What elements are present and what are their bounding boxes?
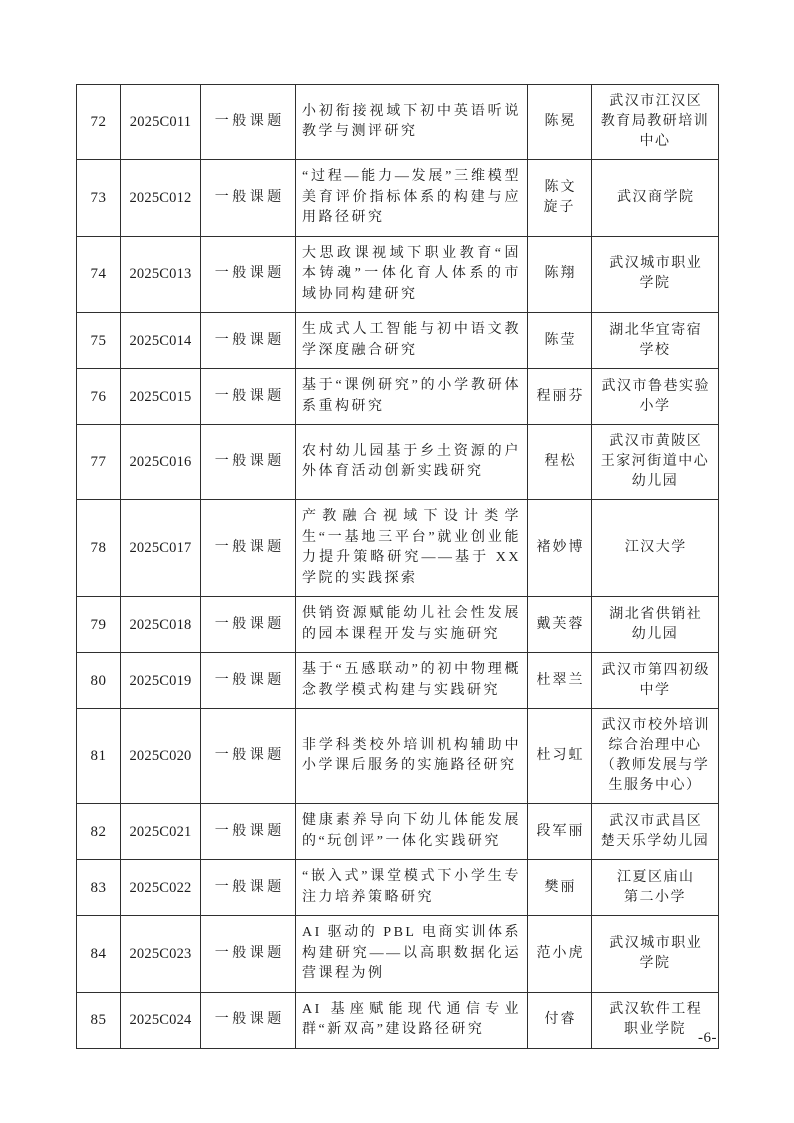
institution-cell: 武汉城市职业 学院 <box>592 236 719 313</box>
institution-cell: 武汉市江汉区 教育局教研培训 中心 <box>592 85 719 160</box>
institution-cell: 武汉市校外培训 综合治理中心 （教师发展与学 生服务中心） <box>592 709 719 804</box>
serial-number-cell: 81 <box>77 709 121 804</box>
table-row: 79 2025C018 一般课题 供销资源赋能幼儿社会性发展的园本课程开发与实施… <box>77 597 719 653</box>
table-row: 76 2025C015 一般课题 基于“课例研究”的小学教研体系重构研究 程丽芬… <box>77 369 719 425</box>
institution-cell: 武汉市黄陂区 王家河街道中心 幼儿园 <box>592 425 719 500</box>
project-title-cell: 基于“课例研究”的小学教研体系重构研究 <box>296 369 528 425</box>
project-code-cell: 2025C019 <box>121 653 201 709</box>
page-number: -6- <box>698 1030 717 1047</box>
project-leader-cell: 程松 <box>528 425 592 500</box>
project-leader-cell: 付睿 <box>528 992 592 1048</box>
project-category-cell: 一般课题 <box>201 597 296 653</box>
project-code-cell: 2025C017 <box>121 500 201 597</box>
project-code-cell: 2025C020 <box>121 709 201 804</box>
serial-number-cell: 85 <box>77 992 121 1048</box>
project-category-cell: 一般课题 <box>201 992 296 1048</box>
project-title-cell: 生成式人工智能与初中语文教学深度融合研究 <box>296 313 528 369</box>
serial-number-cell: 79 <box>77 597 121 653</box>
project-title-cell: 供销资源赋能幼儿社会性发展的园本课程开发与实施研究 <box>296 597 528 653</box>
serial-number-cell: 73 <box>77 160 121 237</box>
table-row: 77 2025C016 一般课题 农村幼儿园基于乡土资源的户外体育活动创新实践研… <box>77 425 719 500</box>
project-leader-cell: 程丽芬 <box>528 369 592 425</box>
project-leader-cell: 陈冕 <box>528 85 592 160</box>
serial-number-cell: 74 <box>77 236 121 313</box>
projects-table-body: 72 2025C011 一般课题 小初衔接视域下初中英语听说教学与测评研究 陈冕… <box>77 85 719 1049</box>
project-code-cell: 2025C022 <box>121 860 201 916</box>
project-category-cell: 一般课题 <box>201 369 296 425</box>
table-row: 85 2025C024 一般课题 AI 基座赋能现代通信专业群“新双高”建设路径… <box>77 992 719 1048</box>
project-category-cell: 一般课题 <box>201 425 296 500</box>
table-row: 81 2025C020 一般课题 非学科类校外培训机构辅助中小学课后服务的实施路… <box>77 709 719 804</box>
project-code-cell: 2025C013 <box>121 236 201 313</box>
project-leader-cell: 陈翔 <box>528 236 592 313</box>
institution-cell: 江夏区庙山 第二小学 <box>592 860 719 916</box>
project-code-cell: 2025C016 <box>121 425 201 500</box>
serial-number-cell: 75 <box>77 313 121 369</box>
project-title-cell: 大思政课视域下职业教育“固本铸魂”一体化育人体系的市域协同构建研究 <box>296 236 528 313</box>
project-leader-cell: 褚妙博 <box>528 500 592 597</box>
serial-number-cell: 80 <box>77 653 121 709</box>
project-title-cell: 基于“五感联动”的初中物理概念教学模式构建与实践研究 <box>296 653 528 709</box>
project-title-cell: AI 基座赋能现代通信专业群“新双高”建设路径研究 <box>296 992 528 1048</box>
institution-cell: 武汉市第四初级 中学 <box>592 653 719 709</box>
serial-number-cell: 72 <box>77 85 121 160</box>
institution-cell: 武汉市鲁巷实验 小学 <box>592 369 719 425</box>
project-code-cell: 2025C014 <box>121 313 201 369</box>
institution-cell: 江汉大学 <box>592 500 719 597</box>
serial-number-cell: 76 <box>77 369 121 425</box>
table-row: 82 2025C021 一般课题 健康素养导向下幼儿体能发展的“玩创评”一体化实… <box>77 804 719 860</box>
project-category-cell: 一般课题 <box>201 313 296 369</box>
institution-cell: 湖北华宜寄宿 学校 <box>592 313 719 369</box>
project-category-cell: 一般课题 <box>201 709 296 804</box>
table-row: 80 2025C019 一般课题 基于“五感联动”的初中物理概念教学模式构建与实… <box>77 653 719 709</box>
project-title-cell: 产教融合视域下设计类学生“一基地三平台”就业创业能力提升策略研究——基于 XX … <box>296 500 528 597</box>
institution-cell: 湖北省供销社 幼儿园 <box>592 597 719 653</box>
table-row: 83 2025C022 一般课题 “嵌入式”课堂模式下小学生专注力培养策略研究 … <box>77 860 719 916</box>
project-leader-cell: 杜习虹 <box>528 709 592 804</box>
institution-cell: 武汉商学院 <box>592 160 719 237</box>
projects-table: 72 2025C011 一般课题 小初衔接视域下初中英语听说教学与测评研究 陈冕… <box>76 84 719 1049</box>
project-title-cell: 农村幼儿园基于乡土资源的户外体育活动创新实践研究 <box>296 425 528 500</box>
project-category-cell: 一般课题 <box>201 500 296 597</box>
project-title-cell: 非学科类校外培训机构辅助中小学课后服务的实施路径研究 <box>296 709 528 804</box>
table-row: 84 2025C023 一般课题 AI 驱动的 PBL 电商实训体系构建研究——… <box>77 916 719 993</box>
project-title-cell: “嵌入式”课堂模式下小学生专注力培养策略研究 <box>296 860 528 916</box>
project-leader-cell: 戴芙蓉 <box>528 597 592 653</box>
project-leader-cell: 樊丽 <box>528 860 592 916</box>
project-code-cell: 2025C023 <box>121 916 201 993</box>
project-leader-cell: 陈莹 <box>528 313 592 369</box>
project-category-cell: 一般课题 <box>201 804 296 860</box>
serial-number-cell: 82 <box>77 804 121 860</box>
project-leader-cell: 段军丽 <box>528 804 592 860</box>
project-category-cell: 一般课题 <box>201 236 296 313</box>
project-category-cell: 一般课题 <box>201 653 296 709</box>
project-leader-cell: 陈文 旋子 <box>528 160 592 237</box>
table-row: 74 2025C013 一般课题 大思政课视域下职业教育“固本铸魂”一体化育人体… <box>77 236 719 313</box>
project-title-cell: 健康素养导向下幼儿体能发展的“玩创评”一体化实践研究 <box>296 804 528 860</box>
project-title-cell: “过程—能力—发展”三维模型美育评价指标体系的构建与应用路径研究 <box>296 160 528 237</box>
project-code-cell: 2025C018 <box>121 597 201 653</box>
project-title-cell: 小初衔接视域下初中英语听说教学与测评研究 <box>296 85 528 160</box>
project-leader-cell: 杜翠兰 <box>528 653 592 709</box>
project-code-cell: 2025C015 <box>121 369 201 425</box>
project-category-cell: 一般课题 <box>201 85 296 160</box>
project-code-cell: 2025C012 <box>121 160 201 237</box>
serial-number-cell: 77 <box>77 425 121 500</box>
table-row: 72 2025C011 一般课题 小初衔接视域下初中英语听说教学与测评研究 陈冕… <box>77 85 719 160</box>
table-row: 73 2025C012 一般课题 “过程—能力—发展”三维模型美育评价指标体系的… <box>77 160 719 237</box>
project-title-cell: AI 驱动的 PBL 电商实训体系构建研究——以高职数据化运营课程为例 <box>296 916 528 993</box>
project-code-cell: 2025C024 <box>121 992 201 1048</box>
project-category-cell: 一般课题 <box>201 160 296 237</box>
serial-number-cell: 84 <box>77 916 121 993</box>
serial-number-cell: 78 <box>77 500 121 597</box>
project-code-cell: 2025C011 <box>121 85 201 160</box>
serial-number-cell: 83 <box>77 860 121 916</box>
project-leader-cell: 范小虎 <box>528 916 592 993</box>
project-code-cell: 2025C021 <box>121 804 201 860</box>
table-row: 78 2025C017 一般课题 产教融合视域下设计类学生“一基地三平台”就业创… <box>77 500 719 597</box>
project-category-cell: 一般课题 <box>201 916 296 993</box>
institution-cell: 武汉城市职业 学院 <box>592 916 719 993</box>
document-page: 72 2025C011 一般课题 小初衔接视域下初中英语听说教学与测评研究 陈冕… <box>0 0 794 1123</box>
project-category-cell: 一般课题 <box>201 860 296 916</box>
institution-cell: 武汉市武昌区 楚天乐学幼儿园 <box>592 804 719 860</box>
table-row: 75 2025C014 一般课题 生成式人工智能与初中语文教学深度融合研究 陈莹… <box>77 313 719 369</box>
